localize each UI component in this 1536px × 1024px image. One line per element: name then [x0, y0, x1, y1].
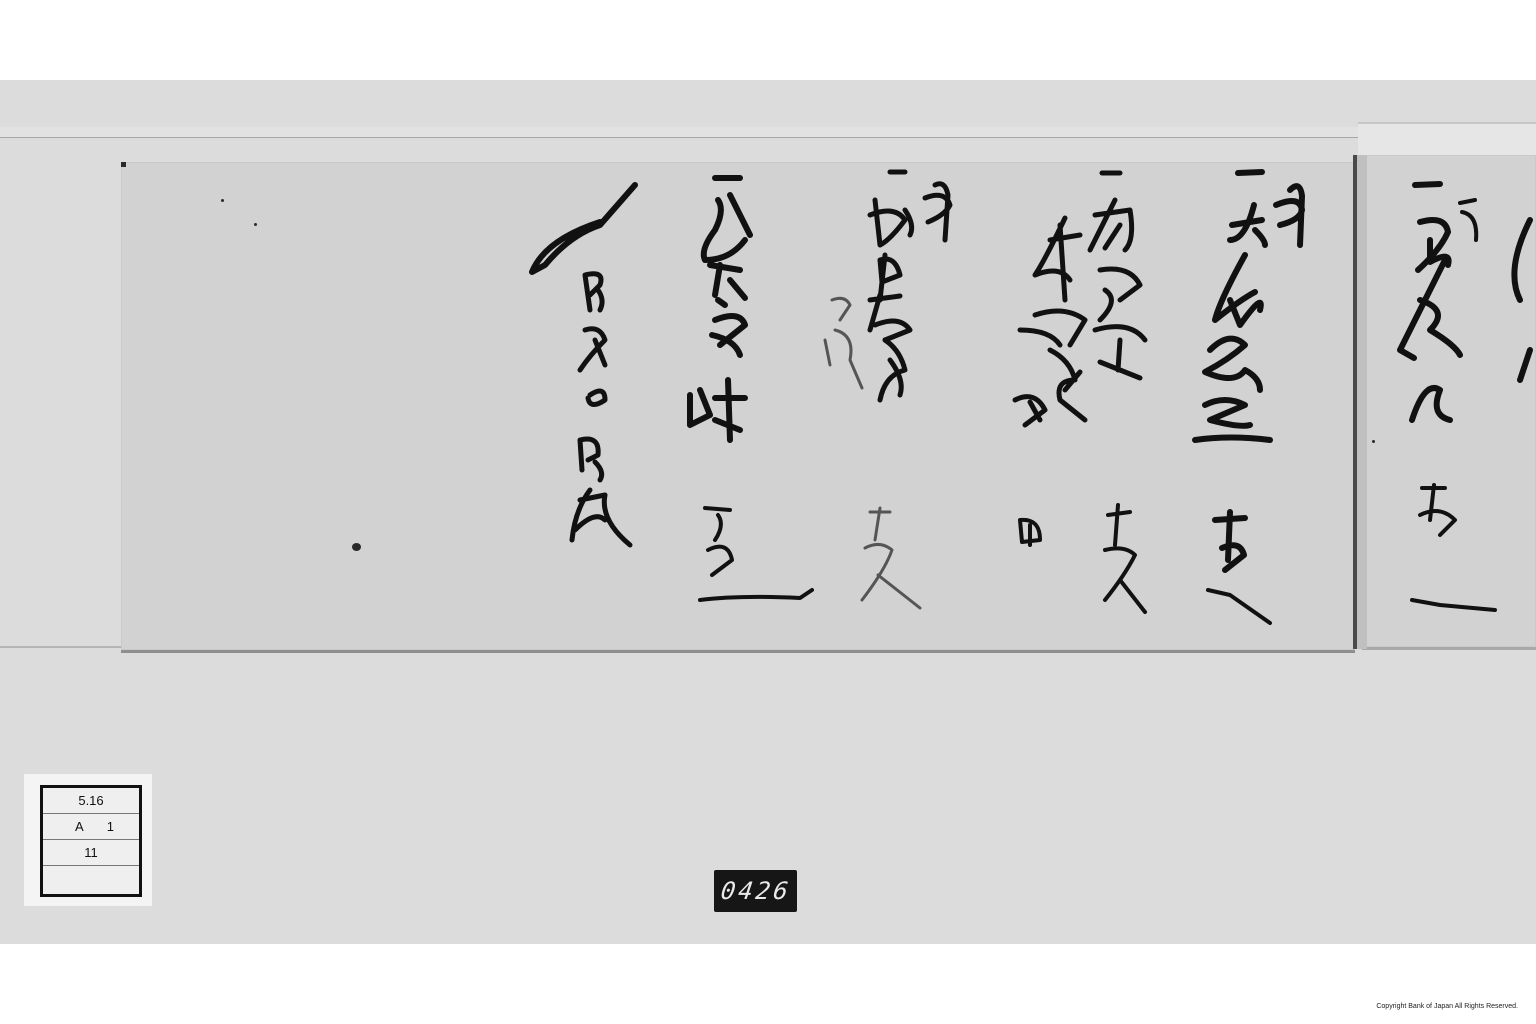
label-item-number: 11 [43, 840, 139, 866]
calligraphy-column-partial: 黒■■色 [1400, 180, 1440, 326]
next-sheet-top-edge [1358, 122, 1536, 158]
sheet-corner-mark [121, 162, 126, 167]
frame-counter-value: 0426 [719, 877, 793, 905]
label-date-code: 5.16 [43, 788, 139, 814]
label-blank-row [43, 866, 139, 894]
label-series-row: A 1 [43, 814, 139, 840]
frame-counter: 0426 [714, 870, 797, 912]
top-rail-band [0, 127, 1536, 137]
label-series-letter: A [75, 819, 84, 834]
ink-speck [221, 199, 224, 202]
sheet-seam-shadow [1357, 155, 1367, 649]
bottom-rail-line [0, 646, 122, 648]
ink-speck [1372, 440, 1375, 443]
manuscript-sheet-next [1362, 155, 1536, 650]
calligraphy-column-4: ■■■様 [700, 180, 740, 331]
calligraphy-column-3: ■白■■ [860, 180, 900, 331]
archive-label-grid: 5.16 A 1 11 [40, 785, 142, 897]
ink-speck [352, 543, 361, 551]
sheet-seam [1353, 155, 1357, 649]
calligraphy-column-2: ■■■京 ■■■■ [1020, 180, 1060, 502]
ink-speck [254, 223, 257, 226]
top-rail-edge [0, 137, 1360, 138]
copyright-notice: Copyright Bank of Japan All Rights Reser… [1376, 1003, 1518, 1010]
label-series-number: 1 [107, 819, 114, 834]
calligraphy-column-1: 大■■■ [1200, 180, 1240, 331]
calligraphy-column-5: ■■の■■ [570, 260, 610, 450]
archive-label-card: 5.16 A 1 11 [24, 774, 152, 906]
